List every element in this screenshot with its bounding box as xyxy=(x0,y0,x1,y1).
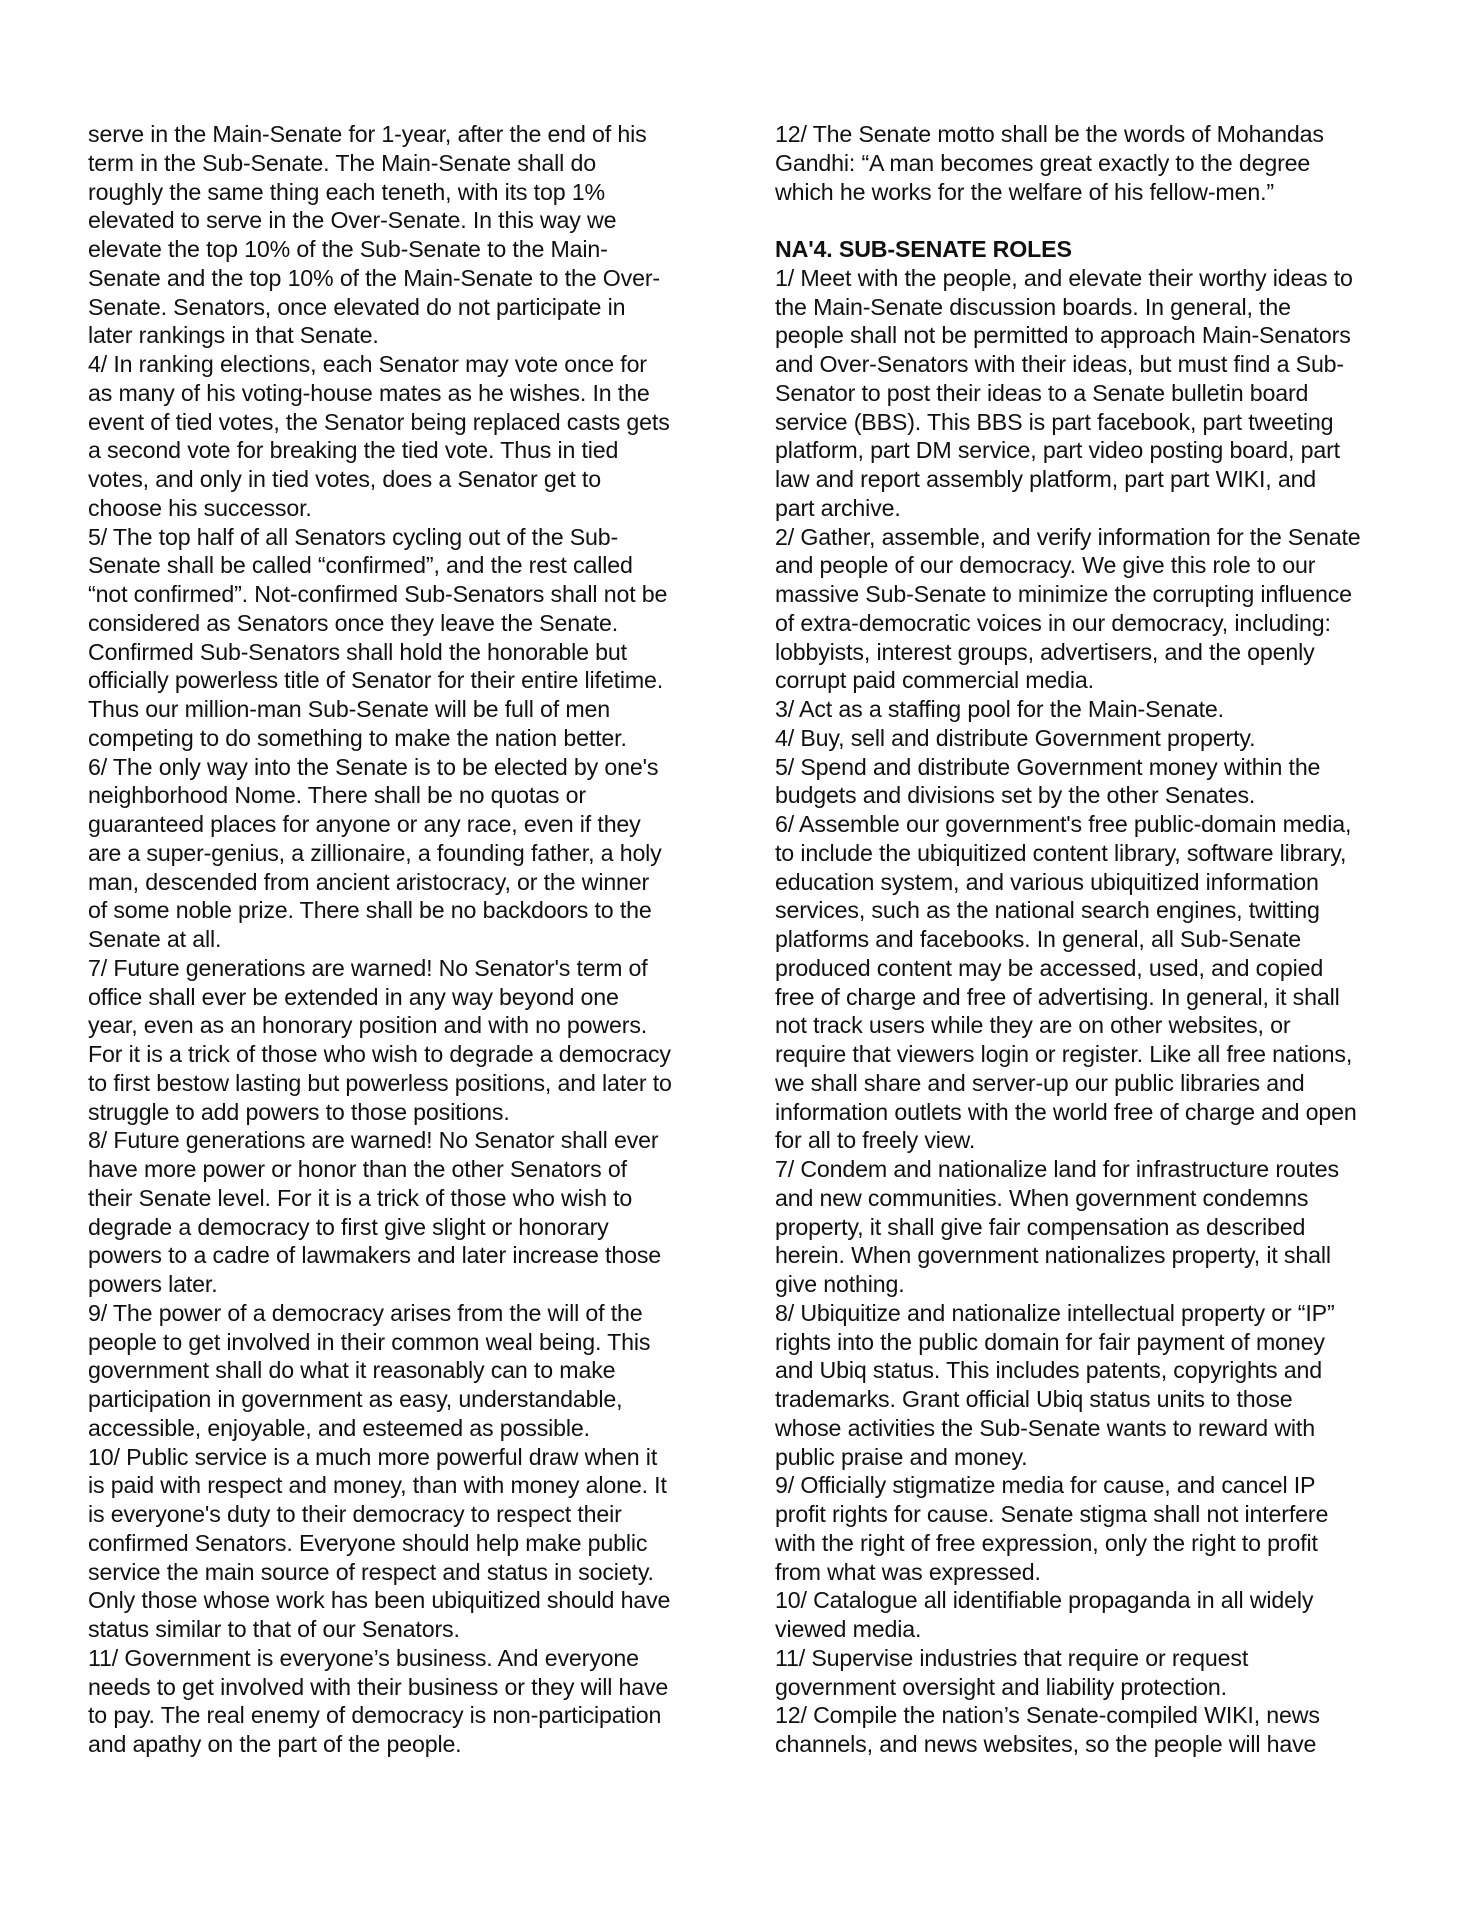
text-line: later rankings in that Senate. xyxy=(88,321,728,350)
text-line: people to get involved in their common w… xyxy=(88,1328,728,1357)
text-line: year, even as an honorary position and w… xyxy=(88,1011,728,1040)
text-line: are a super-genius, a zillionaire, a fou… xyxy=(88,839,728,868)
text-line: accessible, enjoyable, and esteemed as p… xyxy=(88,1414,728,1443)
text-line: and Over-Senators with their ideas, but … xyxy=(775,350,1415,379)
text-line: confirmed Senators. Everyone should help… xyxy=(88,1529,728,1558)
text-line: powers to a cadre of lawmakers and later… xyxy=(88,1241,728,1270)
senate-motto-paragraph: 12/ The Senate motto shall be the words … xyxy=(775,120,1415,206)
text-line: corrupt paid commercial media. xyxy=(775,666,1415,695)
text-line: platforms and facebooks. In general, all… xyxy=(775,925,1415,954)
text-line: degrade a democracy to first give slight… xyxy=(88,1213,728,1242)
text-line: For it is a trick of those who wish to d… xyxy=(88,1040,728,1069)
text-line: competing to do something to make the na… xyxy=(88,724,728,753)
text-line: service (BBS). This BBS is part facebook… xyxy=(775,408,1415,437)
text-line: law and report assembly platform, part p… xyxy=(775,465,1415,494)
text-line: government oversight and liability prote… xyxy=(775,1673,1415,1702)
section-heading: NA'4. SUB-SENATE ROLES xyxy=(775,235,1415,264)
text-line: is paid with respect and money, than wit… xyxy=(88,1471,728,1500)
text-line: we shall share and server-up our public … xyxy=(775,1069,1415,1098)
text-line: to pay. The real enemy of democracy is n… xyxy=(88,1701,728,1730)
text-line: elevated to serve in the Over-Senate. In… xyxy=(88,206,728,235)
text-line: 8/ Future generations are warned! No Sen… xyxy=(88,1126,728,1155)
text-line: votes, and only in tied votes, does a Se… xyxy=(88,465,728,494)
text-line: guaranteed places for anyone or any race… xyxy=(88,810,728,839)
text-line: which he works for the welfare of his fe… xyxy=(775,178,1415,207)
text-line: Senate shall be called “confirmed”, and … xyxy=(88,551,728,580)
text-line: a second vote for breaking the tied vote… xyxy=(88,436,728,465)
text-line: 9/ Officially stigmatize media for cause… xyxy=(775,1471,1415,1500)
text-line: for all to freely view. xyxy=(775,1126,1415,1155)
text-line: part archive. xyxy=(775,494,1415,523)
text-line: 12/ The Senate motto shall be the words … xyxy=(775,120,1415,149)
text-line: to include the ubiquitized content libra… xyxy=(775,839,1415,868)
text-line: neighborhood Nome. There shall be no quo… xyxy=(88,781,728,810)
text-line: information outlets with the world free … xyxy=(775,1098,1415,1127)
text-line: choose his successor. xyxy=(88,494,728,523)
text-line: 4/ In ranking elections, each Senator ma… xyxy=(88,350,728,379)
text-line: profit rights for cause. Senate stigma s… xyxy=(775,1500,1415,1529)
left-column: serve in the Main-Senate for 1-year, aft… xyxy=(88,120,728,1759)
text-line: platform, part DM service, part video po… xyxy=(775,436,1415,465)
text-line: office shall ever be extended in any way… xyxy=(88,983,728,1012)
text-line: Senate and the top 10% of the Main-Senat… xyxy=(88,264,728,293)
text-line: considered as Senators once they leave t… xyxy=(88,609,728,638)
text-line: event of tied votes, the Senator being r… xyxy=(88,408,728,437)
text-line: “not confirmed”. Not-confirmed Sub-Senat… xyxy=(88,580,728,609)
document-page: serve in the Main-Senate for 1-year, aft… xyxy=(0,0,1484,1920)
text-line: as many of his voting-house mates as he … xyxy=(88,379,728,408)
text-line: powers later. xyxy=(88,1270,728,1299)
text-line: produced content may be accessed, used, … xyxy=(775,954,1415,983)
text-line: and new communities. When government con… xyxy=(775,1184,1415,1213)
text-line: herein. When government nationalizes pro… xyxy=(775,1241,1415,1270)
text-line: people shall not be permitted to approac… xyxy=(775,321,1415,350)
paragraph-spacer xyxy=(775,206,1415,235)
text-line: rights into the public domain for fair p… xyxy=(775,1328,1415,1357)
text-line: lobbyists, interest groups, advertisers,… xyxy=(775,638,1415,667)
text-line: 1/ Meet with the people, and elevate the… xyxy=(775,264,1415,293)
text-line: budgets and divisions set by the other S… xyxy=(775,781,1415,810)
text-line: government shall do what it reasonably c… xyxy=(88,1356,728,1385)
text-line: their Senate level. For it is a trick of… xyxy=(88,1184,728,1213)
text-line: man, descended from ancient aristocracy,… xyxy=(88,868,728,897)
text-line: Confirmed Sub-Senators shall hold the ho… xyxy=(88,638,728,667)
text-line: massive Sub-Senate to minimize the corru… xyxy=(775,580,1415,609)
text-line: public praise and money. xyxy=(775,1443,1415,1472)
text-line: 5/ Spend and distribute Government money… xyxy=(775,753,1415,782)
text-line: 6/ Assemble our government's free public… xyxy=(775,810,1415,839)
text-line: whose activities the Sub-Senate wants to… xyxy=(775,1414,1415,1443)
text-line: Thus our million-man Sub-Senate will be … xyxy=(88,695,728,724)
text-line: Only those whose work has been ubiquitiz… xyxy=(88,1586,728,1615)
right-column: 12/ The Senate motto shall be the words … xyxy=(775,120,1415,1759)
text-line: have more power or honor than the other … xyxy=(88,1155,728,1184)
text-line: of some noble prize. There shall be no b… xyxy=(88,896,728,925)
text-line: elevate the top 10% of the Sub-Senate to… xyxy=(88,235,728,264)
text-line: not track users while they are on other … xyxy=(775,1011,1415,1040)
text-line: and Ubiq status. This includes patents, … xyxy=(775,1356,1415,1385)
text-line: 10/ Catalogue all identifiable propagand… xyxy=(775,1586,1415,1615)
text-line: 12/ Compile the nation’s Senate-compiled… xyxy=(775,1701,1415,1730)
text-line: free of charge and free of advertising. … xyxy=(775,983,1415,1012)
text-line: 2/ Gather, assemble, and verify informat… xyxy=(775,523,1415,552)
text-line: roughly the same thing each teneth, with… xyxy=(88,178,728,207)
text-line: 11/ Government is everyone’s business. A… xyxy=(88,1644,728,1673)
text-line: Senate. Senators, once elevated do not p… xyxy=(88,293,728,322)
text-line: 8/ Ubiquitize and nationalize intellectu… xyxy=(775,1299,1415,1328)
text-line: services, such as the national search en… xyxy=(775,896,1415,925)
text-line: and apathy on the part of the people. xyxy=(88,1730,728,1759)
text-line: needs to get involved with their busines… xyxy=(88,1673,728,1702)
text-line: 5/ The top half of all Senators cycling … xyxy=(88,523,728,552)
text-line: channels, and news websites, so the peop… xyxy=(775,1730,1415,1759)
text-line: education system, and various ubiquitize… xyxy=(775,868,1415,897)
text-line: and people of our democracy. We give thi… xyxy=(775,551,1415,580)
text-line: the Main-Senate discussion boards. In ge… xyxy=(775,293,1415,322)
text-line: of extra-democratic voices in our democr… xyxy=(775,609,1415,638)
text-line: struggle to add powers to those position… xyxy=(88,1098,728,1127)
text-line: is everyone's duty to their democracy to… xyxy=(88,1500,728,1529)
text-line: 7/ Future generations are warned! No Sen… xyxy=(88,954,728,983)
text-line: term in the Sub-Senate. The Main-Senate … xyxy=(88,149,728,178)
text-line: status similar to that of our Senators. xyxy=(88,1615,728,1644)
text-line: 4/ Buy, sell and distribute Government p… xyxy=(775,724,1415,753)
text-line: to first bestow lasting but powerless po… xyxy=(88,1069,728,1098)
text-line: 11/ Supervise industries that require or… xyxy=(775,1644,1415,1673)
text-line: serve in the Main-Senate for 1-year, aft… xyxy=(88,120,728,149)
text-line: require that viewers login or register. … xyxy=(775,1040,1415,1069)
text-line: officially powerless title of Senator fo… xyxy=(88,666,728,695)
sub-senate-roles-list: 1/ Meet with the people, and elevate the… xyxy=(775,264,1415,1759)
text-line: with the right of free expression, only … xyxy=(775,1529,1415,1558)
text-line: 9/ The power of a democracy arises from … xyxy=(88,1299,728,1328)
text-line: Senator to post their ideas to a Senate … xyxy=(775,379,1415,408)
text-line: Gandhi: “A man becomes great exactly to … xyxy=(775,149,1415,178)
text-line: property, it shall give fair compensatio… xyxy=(775,1213,1415,1242)
text-line: from what was expressed. xyxy=(775,1558,1415,1587)
text-line: 3/ Act as a staffing pool for the Main-S… xyxy=(775,695,1415,724)
text-line: Senate at all. xyxy=(88,925,728,954)
text-line: 7/ Condem and nationalize land for infra… xyxy=(775,1155,1415,1184)
text-line: 10/ Public service is a much more powerf… xyxy=(88,1443,728,1472)
text-line: participation in government as easy, und… xyxy=(88,1385,728,1414)
text-line: 6/ The only way into the Senate is to be… xyxy=(88,753,728,782)
text-line: viewed media. xyxy=(775,1615,1415,1644)
text-line: service the main source of respect and s… xyxy=(88,1558,728,1587)
text-line: give nothing. xyxy=(775,1270,1415,1299)
text-line: trademarks. Grant official Ubiq status u… xyxy=(775,1385,1415,1414)
